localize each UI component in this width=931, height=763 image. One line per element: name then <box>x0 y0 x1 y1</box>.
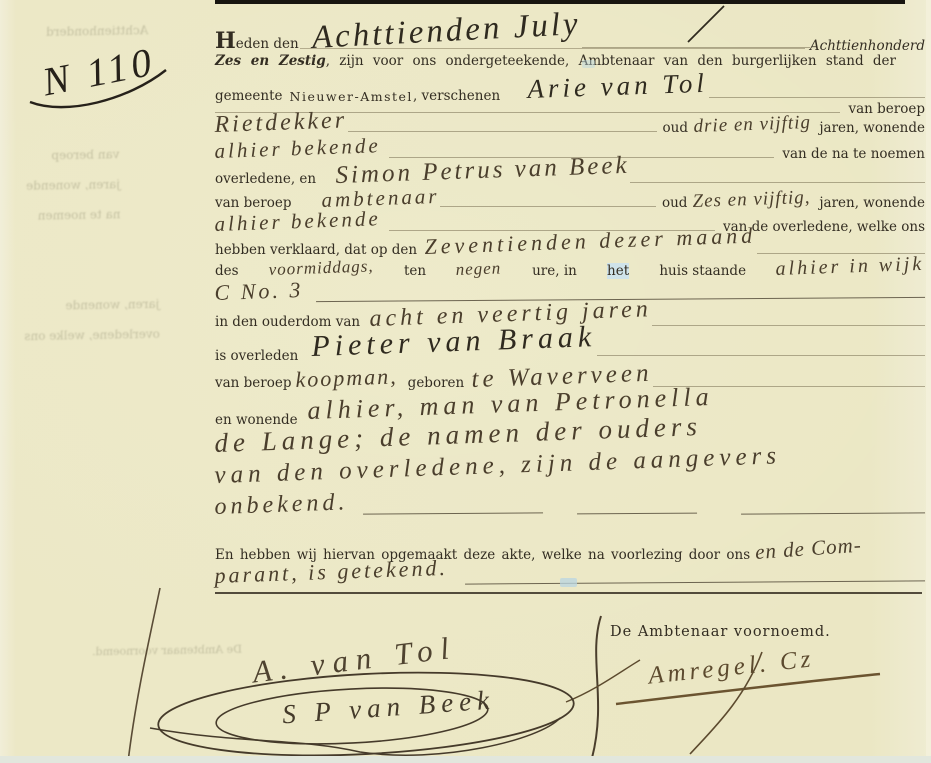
ghost-bleedthrough-text: De Ambtenaar voornoemd. <box>92 635 243 668</box>
printed-oud: oud <box>662 195 687 211</box>
scan-edge-right <box>926 0 931 763</box>
hand-drawn-rule <box>741 498 925 515</box>
officer-signature-leadin <box>566 660 640 702</box>
printed-oud: oud <box>663 120 688 136</box>
ghost-bleedthrough-text: jaren, wonende overledene, welke ons <box>23 289 160 351</box>
hw-house-location: alhier in wijk <box>775 253 924 281</box>
declarant2-signature: S P van Beek <box>281 685 496 731</box>
hw-declarant1-residence: alhier bekende <box>214 133 381 164</box>
scan-artifact-blue <box>582 60 595 68</box>
blank-rule <box>652 311 925 326</box>
form-line-deceased-name: is overleden Pieter van Braak <box>215 330 925 364</box>
hw-date-day-month: Achttienden July <box>311 6 581 57</box>
hand-drawn-rule <box>577 498 697 514</box>
form-line-declarant1-details: Rietdekker oud drie en vijftig jaren, wo… <box>215 112 925 138</box>
declarant1-signature: A. van Tol <box>251 630 459 691</box>
hw-closing-1: en de Com- <box>754 533 862 565</box>
hw-onbekend: onbekend. <box>214 489 349 521</box>
death-certificate-scan: Achttienhonderd van beroep jaren, wonend… <box>0 0 931 763</box>
hw-house-number: C No. 3 <box>214 277 304 306</box>
printed-des: des <box>215 263 239 279</box>
printed-overledene-en: overledene, en <box>215 171 316 187</box>
printed-heden-den: Heden den <box>215 16 299 52</box>
printed-van-beroep: van beroep <box>215 195 292 211</box>
blank-rule <box>582 33 810 48</box>
hw-deceased-profession: koopman, <box>295 363 398 393</box>
ghost-bleedthrough-text: van beroep jaren, wonende na te noemen <box>25 139 120 231</box>
margin-flourish-stroke <box>128 588 160 762</box>
printed-jaren-wonende: jaren, wonende <box>819 195 925 211</box>
printed-jaren-wonende: jaren, wonende <box>819 120 925 136</box>
officer-signature: Amregel. Cz <box>647 645 816 690</box>
form-line-year-officials: Zes en Zestig, zijn voor ons ondergeteek… <box>215 53 925 69</box>
hand-drawn-rule <box>363 498 543 515</box>
previous-record-edge-bar <box>215 0 905 4</box>
hw-time-of-day: voormiddags, <box>268 256 374 280</box>
blank-rule <box>348 117 657 132</box>
printed-huis-staande: huis staande <box>659 263 746 279</box>
printed-ouderdom: in den ouderdom van <box>215 314 360 330</box>
printed-van-beroep: van beroep <box>215 375 292 391</box>
hw-declarant2-age: Zes en vijftig, <box>693 187 812 213</box>
hw-hour: negen <box>456 258 502 280</box>
form-line-declarant2-name: overledene, en Simon Petrus van Beek <box>215 162 925 190</box>
officer-brace <box>592 616 601 758</box>
blank-rule <box>440 192 656 207</box>
blank-rule <box>630 168 925 183</box>
blank-rule <box>597 341 925 356</box>
officer-caption: De Ambtenaar voornoemd. <box>610 624 831 640</box>
hand-drawn-rule <box>464 566 925 585</box>
printed-year-continuation: Zes en Zestig, zijn voor ons ondergeteek… <box>215 53 896 69</box>
blank-rule <box>709 83 925 98</box>
printed-is-overleden: is overleden <box>215 348 298 364</box>
printed-relation-clause: van de na te noemen <box>782 146 925 162</box>
scan-edge-bottom <box>0 756 931 763</box>
hw-declarant2-residence: alhier bekende <box>214 206 381 237</box>
printed-het-highlighted: het <box>607 263 629 279</box>
scan-artifact-blue <box>560 578 577 587</box>
form-line-death-time-place: des voormiddags, ten negen ure, in het h… <box>215 258 925 282</box>
blank-rule <box>300 48 805 49</box>
printed-geboren: geboren <box>408 375 465 391</box>
form-line-parents-unknown-1: van den overledene, zijn de aangevers <box>215 462 925 494</box>
printed-hebben-verklaard: hebben verklaard, dat op den <box>215 242 417 258</box>
hw-declarant1-age: drie en vijftig <box>693 112 811 138</box>
printed-year-word: Achttienhonderd <box>810 38 925 54</box>
printed-ure-in: ure, in <box>532 263 577 279</box>
closing-rule <box>215 592 922 594</box>
printed-ten: ten <box>404 263 426 279</box>
blank-rule <box>757 239 925 254</box>
act-number: N 110 <box>39 38 160 106</box>
form-line-parents-unknown-2: onbekend. <box>215 494 925 524</box>
